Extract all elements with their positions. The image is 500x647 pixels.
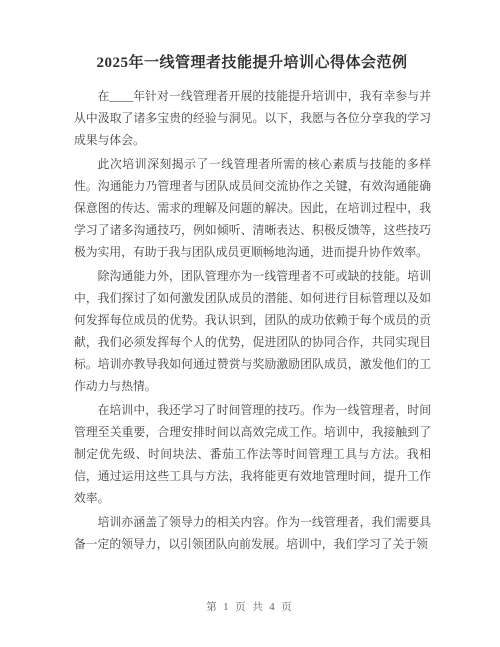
document-title: 2025年一线管理者技能提升培训心得体会范例 — [73, 54, 431, 73]
paragraph-leadership-truncated: 培训亦涵盖了领导力的相关内容。作为一线管理者，我们需要具备一定的领导力，以引领团… — [74, 511, 431, 555]
page-number-footer: 第 1 页 共 4 页 — [0, 599, 500, 614]
paragraph-team-management: 除沟通能力外，团队管理亦为一线管理者不可或缺的技能。培训中，我们探讨了如何激发团… — [74, 265, 431, 397]
paragraph-communication-skills: 此次培训深刻揭示了一线管理者所需的核心素质与技能的多样性。沟通能力乃管理者与团队… — [74, 153, 431, 263]
document-page: 2025年一线管理者技能提升培训心得体会范例 在____年针对一线管理者开展的技… — [0, 0, 500, 647]
document-body: 在____年针对一线管理者开展的技能提升培训中，我有幸参与并从中汲取了诸多宝贵的… — [0, 85, 500, 555]
paragraph-time-management: 在培训中，我还学习了时间管理的技巧。作为一线管理者，时间管理至关重要，合理安排时… — [74, 399, 431, 509]
paragraph-intro: 在____年针对一线管理者开展的技能提升培训中，我有幸参与并从中汲取了诸多宝贵的… — [74, 85, 431, 151]
